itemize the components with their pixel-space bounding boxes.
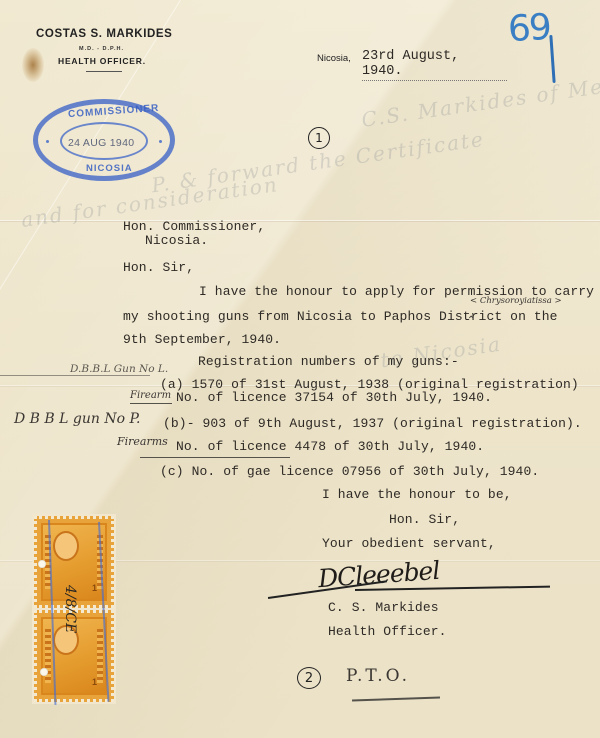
salutation: Hon. Sir, (123, 260, 194, 275)
item-b-line2: No. of licence 4478 of 30th July, 1940. (176, 439, 484, 454)
closing-line3: Your obedient servant, (322, 536, 496, 551)
gun-a-firearm-note: Firearm (130, 390, 171, 401)
circled-number-label: 1 (315, 131, 323, 145)
folio-number: 69 (507, 7, 551, 50)
registration-heading: Registration numbers of my guns:- (198, 354, 459, 369)
addressee-line1: Hon. Commissioner, (123, 219, 265, 234)
stamp-border-pattern (97, 629, 103, 683)
stamp-top-text: COMMISSIONER (68, 103, 160, 120)
stamp-date: 24 AUG 1940 (68, 137, 134, 149)
addressee-line2: Nicosia. (145, 233, 208, 248)
punch-hole (38, 560, 46, 568)
stamp-portrait (53, 531, 79, 561)
letterhead-rule (86, 71, 122, 72)
stamp-dot (159, 140, 162, 143)
item-a-line2: No. of licence 37154 of 30th July, 1940. (176, 390, 492, 405)
dateline-date: 23rd August, 1940. (362, 49, 507, 81)
item-b-line1: (b)- 903 of 9th August, 1937 (original r… (163, 416, 582, 431)
firearm-underline (130, 403, 172, 404)
circled-number-1: 1 (308, 127, 330, 149)
punch-hole (40, 668, 48, 676)
stamp-handwritten-date: 4/8/CE (62, 585, 78, 633)
caret-mark: ⌃ (467, 315, 475, 326)
stamp-bottom-text: NICOSIA (86, 163, 133, 174)
letterhead-degrees: M.D. - D.P.H. (79, 46, 124, 52)
circled-number-2: 2 (297, 667, 321, 689)
pto-note: P.T.O. (346, 666, 410, 686)
dateline-place: Nicosia, (317, 53, 351, 64)
circled-number-label: 2 (305, 671, 313, 686)
gun-b-note: D B B L gun No P. (14, 411, 141, 427)
insertion-annotation: < Chrysoroyiatissa > (470, 296, 562, 306)
ink-stain (22, 48, 44, 82)
item-c: (c) No. of gae licence 07956 of 30th Jul… (160, 464, 539, 479)
body-line3: 9th September, 1940. (123, 332, 281, 347)
firearms-underline (140, 457, 290, 458)
letterhead-name: COSTAS S. MARKIDES (36, 28, 172, 40)
signatory-title: Health Officer. (328, 624, 447, 639)
letterhead-title: HEALTH OFFICER. (58, 56, 146, 66)
stamp-dot (46, 140, 49, 143)
closing-line2: Hon. Sir, (389, 512, 460, 527)
pencil-rule (0, 375, 150, 376)
signatory-name: C. S. Markides (328, 600, 439, 615)
stamp-value: 1 (92, 583, 97, 593)
closing-line1: I have the honour to be, (322, 487, 512, 502)
stamp-value: 1 (92, 677, 97, 687)
gun-a-note: D.B.B.L Gun No L. (70, 363, 168, 375)
received-stamp: COMMISSIONER 24 AUG 1940 NICOSIA (33, 99, 175, 181)
gun-b-firearm-note: Firearms (117, 435, 168, 448)
body-line2: my shooting guns from Nicosia to Paphos … (123, 309, 558, 324)
